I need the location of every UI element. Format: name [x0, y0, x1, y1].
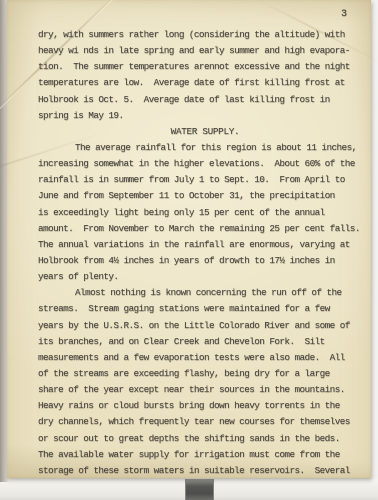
text-line: spring is May 19.	[38, 108, 372, 124]
text-line: is exceedingly light being only 15 per c…	[38, 205, 372, 221]
text-line: The annual variations in the rainfall ar…	[38, 237, 372, 253]
text-line: or scour out to great depths the shiftin…	[38, 431, 372, 447]
text-line: rainfall is in summer from July 1 to Sep…	[38, 172, 372, 188]
text-line: Holbrook from 4½ inches in years of drow…	[38, 253, 372, 269]
page-number: 3	[341, 9, 347, 20]
text-line: temperatures are low. Average date of fi…	[38, 75, 372, 91]
section-heading: WATER SUPPLY.	[38, 124, 372, 140]
text-line: amount. From November to March the remai…	[38, 221, 372, 237]
text-line: Almost nothing is known concerning the r…	[38, 285, 372, 301]
text-line: The available water supply for irrigatio…	[38, 447, 372, 463]
text-line: storage of these storm waters in suitabl…	[38, 463, 372, 479]
text-line: years by the U.S.R.S. on the Little Colo…	[38, 318, 372, 334]
text-line: of the streams are exceeding flashy, bei…	[38, 366, 372, 382]
text-line: measurements and a few evaporation tests…	[38, 350, 372, 366]
text-line: dry, with summers rather long (consideri…	[38, 27, 372, 43]
text-line: increasing somewhat in the higher elevat…	[38, 156, 372, 172]
document-clip	[185, 479, 214, 500]
text-line: share of the year except near their sour…	[38, 382, 372, 398]
text-line: years of plenty.	[38, 269, 372, 285]
text-line: heavy wi nds in late spring and early su…	[38, 43, 372, 59]
text-line: Holbrook is Oct. 5. Average date of last…	[38, 92, 372, 108]
scan-background: 3 dry, with summers rather long (conside…	[0, 0, 378, 500]
text-line: its branches, and on Clear Creek and Che…	[38, 334, 372, 350]
text-line: tion. The summer temperatures arennot ex…	[38, 59, 372, 75]
text-line: The average rainfall for this region is …	[38, 140, 372, 156]
text-line: Heavy rains or cloud bursts bring down h…	[38, 398, 372, 414]
text-line: June and from September 11 to October 31…	[38, 188, 372, 204]
text-line: dry channels, which frequently tear new …	[38, 414, 372, 430]
document-page: 3 dry, with summers rather long (conside…	[7, 0, 371, 478]
text-line: streams. Stream gaging stations were mai…	[38, 301, 372, 317]
typewritten-text: dry, with summers rather long (consideri…	[38, 27, 372, 479]
